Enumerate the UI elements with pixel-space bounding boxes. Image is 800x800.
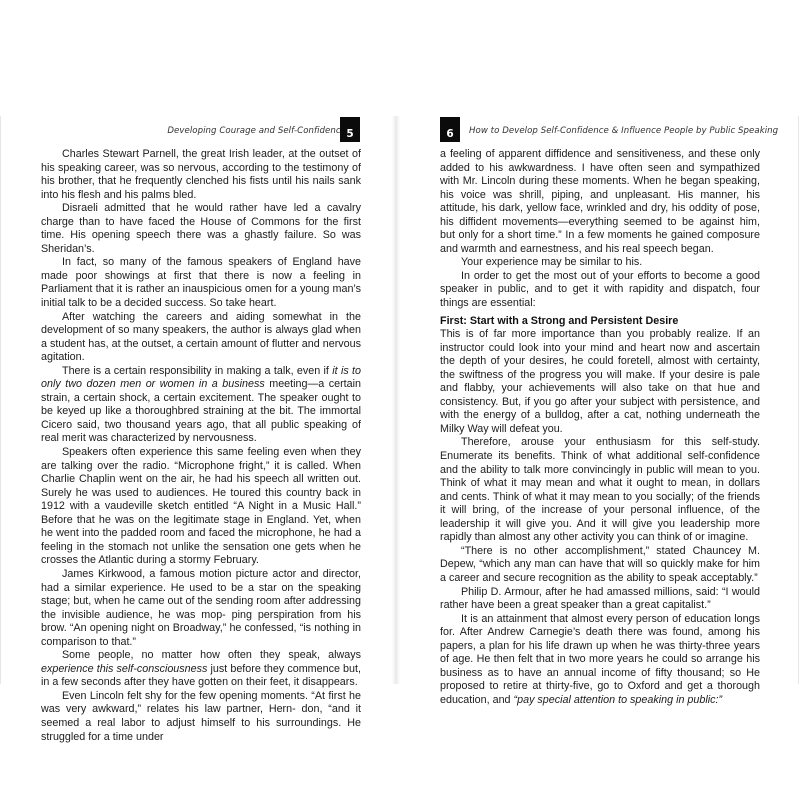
- paragraph: Disraeli admitted that he would rather h…: [41, 202, 361, 256]
- right-page-number-text: 6: [440, 117, 460, 140]
- section-heading: First: Start with a Strong and Persisten…: [440, 315, 760, 329]
- text-run: Your experience may be similar to his.: [461, 256, 642, 268]
- italic-text: “pay special attention to speaking in pu…: [514, 694, 723, 706]
- paragraph: a feeling of apparent diffidence and sen…: [440, 148, 760, 256]
- right-running-head: How to Develop Self-Confidence & Influen…: [469, 126, 778, 136]
- paragraph: “There is no other accomplishment,” stat…: [440, 545, 760, 586]
- book-gutter: [392, 116, 400, 684]
- paragraph: Charles Stewart Parnell, the great Irish…: [41, 148, 361, 202]
- text-run: After watching the careers and aiding so…: [41, 311, 361, 364]
- text-run: Philip D. Armour, after he had amassed m…: [440, 586, 760, 612]
- italic-text: experience this self-consciousness: [41, 663, 207, 675]
- left-page-body: Charles Stewart Parnell, the great Irish…: [41, 148, 361, 744]
- left-page-number-text: 5: [340, 117, 360, 140]
- right-page-body: a feeling of apparent diffidence and sen…: [440, 148, 760, 707]
- text-run: James Kirkwood, a famous motion picture …: [41, 568, 361, 648]
- paragraph: In fact, so many of the famous speakers …: [41, 256, 361, 310]
- text-run: Speakers often experience this same feel…: [41, 446, 361, 566]
- paragraph: Speakers often experience this same feel…: [41, 446, 361, 568]
- left-page-number: 5: [340, 117, 360, 142]
- text-run: In order to get the most out of your eff…: [440, 270, 760, 309]
- text-run: Even Lincoln felt shy for the few openin…: [41, 690, 361, 743]
- paragraph: Therefore, arouse your enthusiasm for th…: [440, 436, 760, 544]
- text-run: This is of far more importance than you …: [440, 328, 760, 435]
- text-run: There is a certain responsibility in mak…: [62, 365, 332, 377]
- text-run: a feeling of apparent diffidence and sen…: [440, 148, 760, 255]
- paragraph: In order to get the most out of your eff…: [440, 270, 760, 311]
- text-run: Disraeli admitted that he would rather h…: [41, 202, 361, 255]
- paragraph: Some people, no matter how often they sp…: [41, 649, 361, 690]
- text-run: “There is no other accomplishment,” stat…: [440, 545, 760, 584]
- left-running-head: Developing Courage and Self-Confidence: [167, 126, 346, 136]
- paragraph: Philip D. Armour, after he had amassed m…: [440, 586, 760, 613]
- text-run: Some people, no matter how often they sp…: [62, 649, 361, 661]
- paragraph: There is a certain responsibility in mak…: [41, 365, 361, 446]
- text-run: It is an attainment that almost every pe…: [440, 613, 760, 706]
- right-page-number: 6: [440, 117, 460, 142]
- paragraph: After watching the careers and aiding so…: [41, 311, 361, 365]
- text-run: In fact, so many of the famous speakers …: [41, 256, 361, 309]
- text-run: Therefore, arouse your enthusiasm for th…: [440, 436, 760, 543]
- paragraph: This is of far more importance than you …: [440, 328, 760, 436]
- paragraph: James Kirkwood, a famous motion picture …: [41, 568, 361, 649]
- paragraph: Your experience may be similar to his.: [440, 256, 760, 270]
- paragraph: Even Lincoln felt shy for the few openin…: [41, 690, 361, 744]
- paragraph: It is an attainment that almost every pe…: [440, 613, 760, 708]
- text-run: Charles Stewart Parnell, the great Irish…: [41, 148, 361, 201]
